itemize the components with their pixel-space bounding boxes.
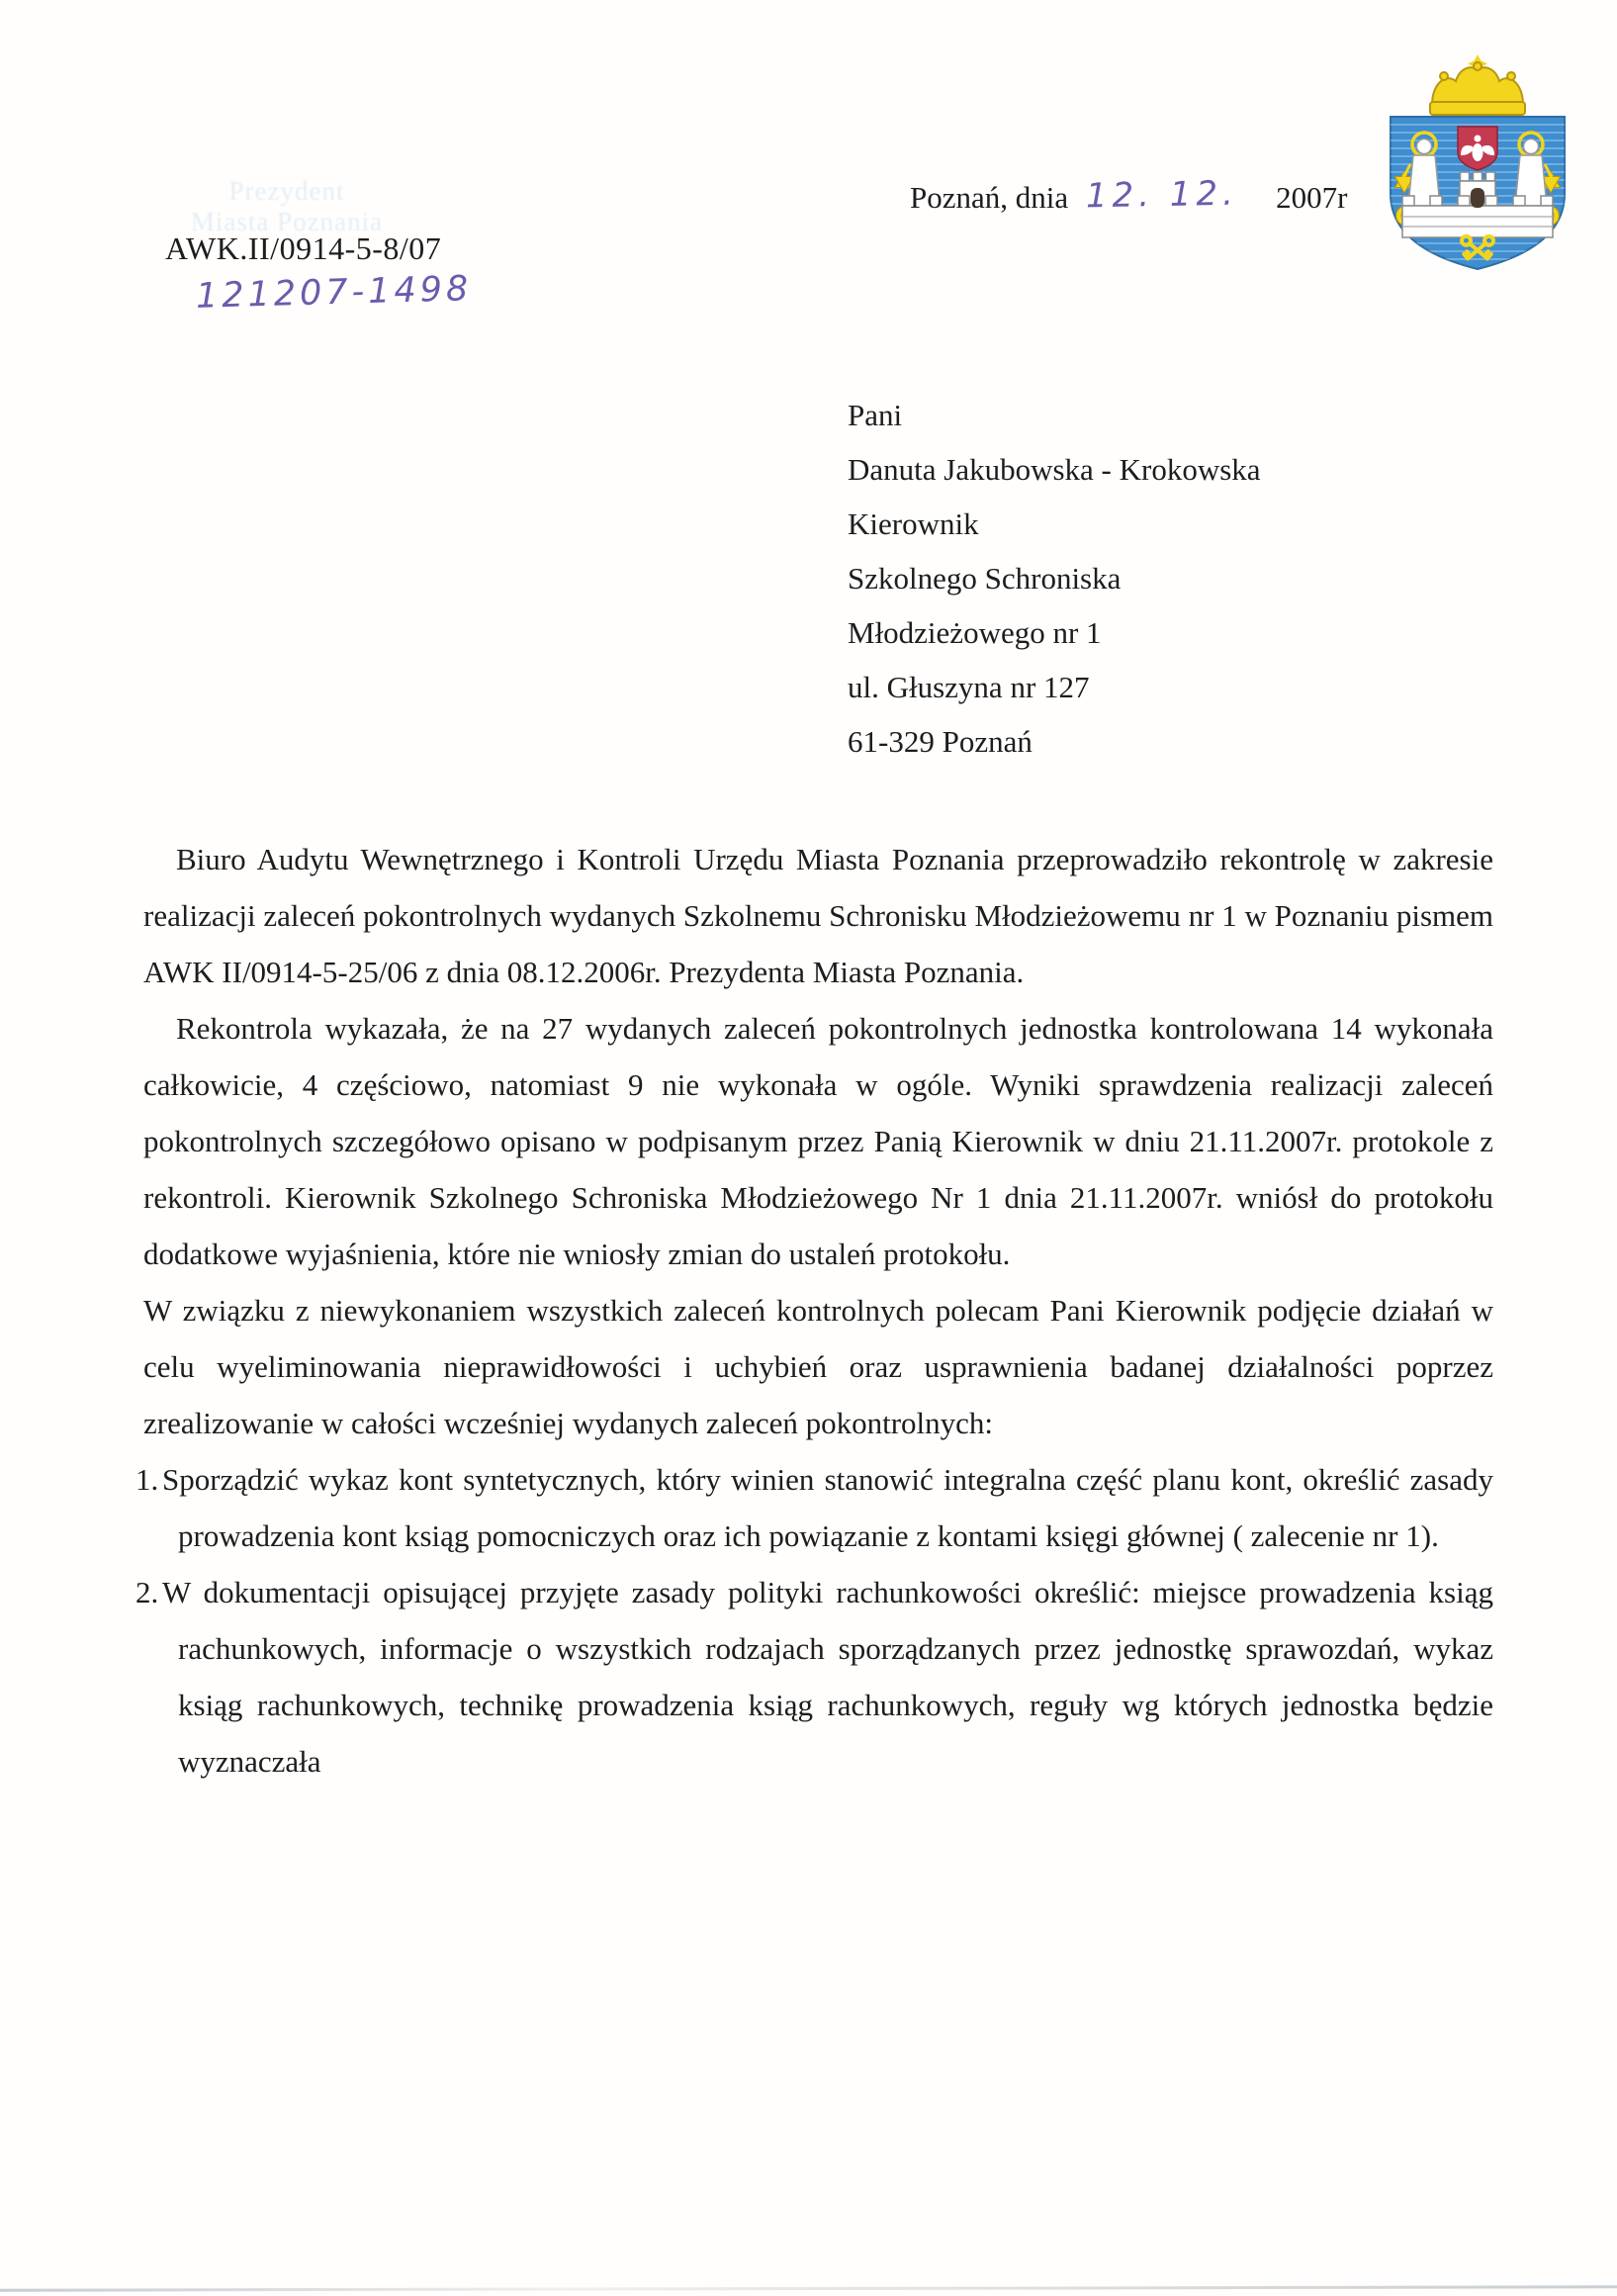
recipient-line-institution-2: Młodzieżowego nr 1 (848, 605, 1261, 660)
scanned-letter-page: Prezydent Miasta Poznania AWK.II/0914-5-… (0, 0, 1617, 2296)
faint-sender-stamp: Prezydent Miasta Poznania (163, 176, 410, 237)
crown (1430, 54, 1525, 115)
recipient-line-salutation: Pani (848, 388, 1261, 442)
list-item-1: 1.Sporządzić wykaz kont syntetycznych, k… (135, 1451, 1493, 1564)
paragraph-instruction: W związku z niewykonaniem wszystkich zal… (143, 1282, 1493, 1451)
recipient-line-city: 61-329 Poznań (848, 714, 1261, 769)
reference-number: AWK.II/0914-5-8/07 (165, 230, 441, 267)
eagle-escutcheon (1458, 127, 1497, 170)
list-item-1-text: Sporządzić wykaz kont syntetycznych, któ… (162, 1462, 1493, 1553)
recipient-line-name: Danuta Jakubowska - Krokowska (848, 442, 1261, 497)
list-item-1-number: 1. (135, 1451, 162, 1508)
date-line: Poznań, dnia12. 12.2007r (910, 177, 1347, 217)
list-item-2-text: W dokumentacji opisującej przyjęte zasad… (162, 1575, 1493, 1779)
paragraph-intro: Biuro Audytu Wewnętrznego i Kontroli Urz… (143, 831, 1493, 1000)
recipient-block: Pani Danuta Jakubowska - Krokowska Kiero… (848, 388, 1261, 769)
date-year: 2007r (1276, 180, 1347, 215)
handwritten-reference-number: 121207-1498 (195, 269, 472, 317)
recipient-line-institution-1: Szkolnego Schroniska (848, 551, 1261, 605)
scan-edge-artifact (0, 2285, 1617, 2291)
handwritten-date: 12. 12. (1086, 174, 1239, 217)
date-prefix: Poznań, dnia (910, 180, 1068, 215)
paragraph-findings: Rekontrola wykazała, że na 27 wydanych z… (143, 1000, 1493, 1282)
list-item-2: 2.W dokumentacji opisującej przyjęte zas… (135, 1564, 1493, 1790)
letter-body: Biuro Audytu Wewnętrznego i Kontroli Urz… (143, 831, 1493, 1790)
recipient-line-street: ul. Głuszyna nr 127 (848, 660, 1261, 714)
list-item-2-number: 2. (135, 1564, 162, 1620)
recipient-line-title: Kierownik (848, 497, 1261, 551)
poznan-coat-of-arms-icon (1373, 53, 1582, 277)
faint-sender-stamp-line1: Prezydent (163, 176, 410, 207)
